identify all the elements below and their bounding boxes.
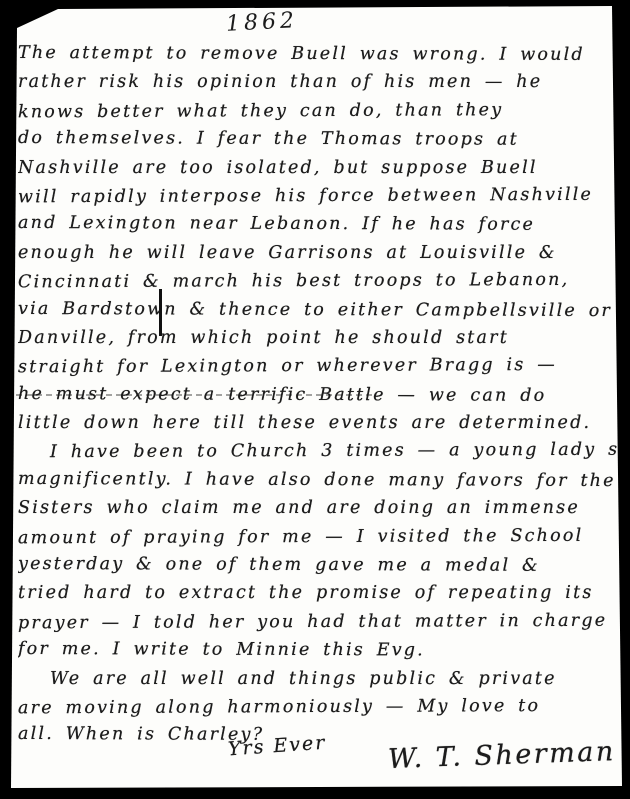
letter-line: little down here till these events are d…	[18, 409, 618, 437]
letter-line: knows better what they can do, than they	[18, 95, 618, 126]
letter-line: amount of praying for me — I visited the…	[18, 521, 618, 552]
letter-line: are moving along harmoniously — My love …	[18, 692, 618, 723]
letter-lines: The attempt to remove Buell was wrong. I…	[18, 40, 618, 752]
letter-year-heading: 1862	[225, 8, 298, 37]
letter-line: tried hard to extract the promise of rep…	[18, 579, 618, 607]
letter-line: Nashville are too isolated, but suppose …	[18, 154, 618, 182]
letter-line: straight for Lexington or wherever Bragg…	[18, 351, 618, 382]
letter-line: will rapidly interpose his force between…	[18, 181, 618, 212]
letter-line: via Bardstown & thence to either Campbel…	[18, 294, 618, 324]
letter-line: do themselves. I fear the Thomas troops …	[18, 124, 618, 154]
letter-signature: W. T. Sherman	[388, 736, 617, 775]
scan-artifact-ink-mark	[159, 289, 162, 336]
letter-line: enough he will leave Garrisons at Louisv…	[18, 239, 618, 267]
letter-line: prayer — I told her you had that matter …	[18, 607, 618, 638]
scanned-letter: 1862 The attempt to remove Buell was wro…	[0, 0, 630, 799]
scan-artifact-dotted-line	[6, 394, 372, 396]
letter-line: and Lexington near Lebanon. If he has fo…	[18, 209, 618, 239]
letter-line: Cincinnati & march his best troops to Le…	[18, 266, 618, 297]
letter-line: magnificently. I have also done many fav…	[18, 465, 618, 495]
letter-line: Danville, from which point he should sta…	[18, 324, 618, 352]
letter-line: for me. I write to Minnie this Evg.	[18, 635, 618, 665]
letter-line: The attempt to remove Buell was wrong. I…	[18, 40, 618, 69]
letter-line: Sisters who claim me and are doing an im…	[18, 494, 618, 522]
letter-line: rather risk his opinion than of his men …	[18, 68, 618, 96]
letter-paper: 1862 The attempt to remove Buell was wro…	[0, 0, 630, 799]
letter-line: We are all well and things public & priv…	[18, 665, 618, 693]
letter-line: I have been to Church 3 times — a young …	[18, 436, 618, 467]
letter-line: yesterday & one of them gave me a medal …	[18, 550, 618, 580]
